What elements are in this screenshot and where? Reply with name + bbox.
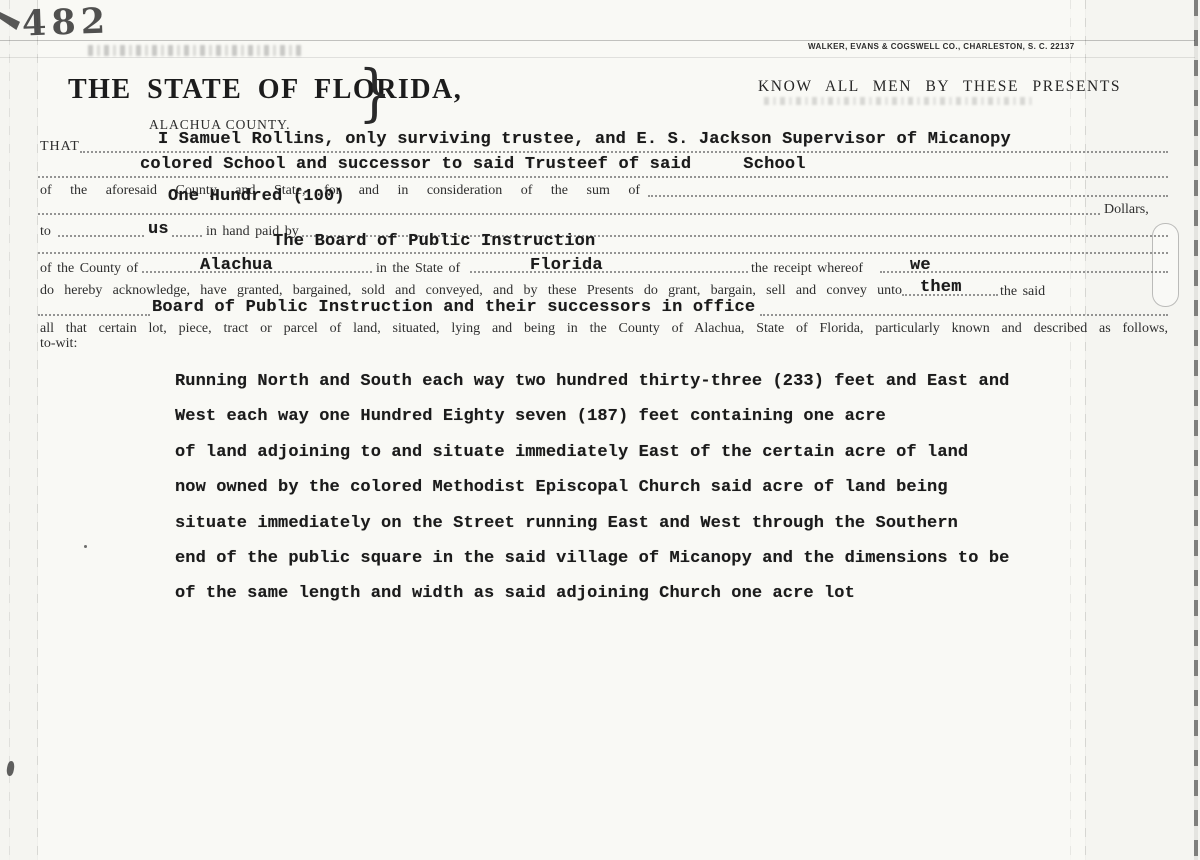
consideration-typed-value: One Hundred (100)	[168, 187, 345, 206]
dotted-rule	[470, 271, 748, 273]
legal-description-line: West each way one Hundred Eighty seven (…	[175, 407, 1009, 442]
right-margin-strip	[1085, 0, 1200, 860]
document-title: THE STATE OF FLORIDA,	[68, 74, 462, 106]
smudged-text-band	[88, 45, 303, 56]
to-label: to	[40, 224, 51, 240]
dotted-rule	[648, 195, 1168, 197]
paid-by-typed-value: The Board of Public Instruction	[273, 232, 595, 251]
towit-label: to-wit:	[40, 336, 77, 352]
smudged-text-band	[764, 97, 1036, 105]
dotted-rule	[760, 314, 1168, 316]
dotted-rule	[172, 235, 202, 237]
to-typed-value: us	[148, 220, 169, 239]
dotted-rule	[80, 151, 1168, 153]
county-of-label: of the County of	[40, 261, 138, 277]
right-rule-line	[1070, 0, 1071, 860]
legal-description: Running North and South each way two hun…	[175, 372, 1009, 620]
page-number: 482	[21, 0, 110, 44]
printer-mark: WALKER, EVANS & COGSWELL CO., CHARLESTON…	[808, 42, 1075, 51]
title-brace: }	[358, 62, 392, 124]
legal-description-line: Running North and South each way two hun…	[175, 372, 1009, 407]
legal-description-line: of land adjoining to and situate immedia…	[175, 443, 1009, 478]
grantor-typed-line-1: I Samuel Rollins, only surviving trustee…	[158, 130, 1011, 149]
dollars-label: Dollars,	[1104, 202, 1149, 218]
dotted-rule	[38, 176, 1168, 178]
unto-typed-value: them	[920, 278, 962, 297]
left-margin-strip	[0, 0, 38, 860]
the-said-label: the said	[1000, 284, 1045, 300]
state-typed-value: Florida	[530, 256, 603, 275]
grantee-typed-value: Board of Public Instruction and their su…	[152, 298, 755, 317]
dotted-rule	[38, 314, 150, 316]
county-typed-value: Alachua	[200, 256, 273, 275]
dotted-rule	[38, 252, 1168, 254]
receipt-typed-value: we	[910, 256, 931, 275]
legal-description-line: of the same length and width as said adj…	[175, 584, 1009, 619]
receipt-label: the receipt whereof	[751, 261, 863, 277]
dotted-rule	[38, 213, 1100, 215]
legal-description-line: end of the public square in the said vil…	[175, 549, 1009, 584]
scanned-deed-page: 482 WALKER, EVANS & COGSWELL CO., CHARLE…	[0, 0, 1200, 860]
page-edge-shadow	[1194, 0, 1198, 860]
grantor-typed-line-2: colored School and successor to said Tru…	[140, 155, 806, 174]
presents-heading: KNOW ALL MEN BY THESE PRESENTS	[758, 78, 1121, 96]
that-label: THAT	[40, 139, 80, 155]
description-intro: all that certain lot, piece, tract or pa…	[40, 321, 1168, 337]
legal-description-line: now owned by the colored Methodist Episc…	[175, 478, 1009, 513]
left-rule-line	[9, 0, 10, 860]
left-rule-line	[37, 0, 38, 860]
acknowledge-line: do hereby acknowledge, have granted, bar…	[40, 283, 902, 299]
dotted-rule	[58, 235, 144, 237]
top-rule-line	[0, 57, 1195, 58]
state-of-label: in the State of	[376, 261, 460, 277]
top-rule-line	[0, 40, 1195, 41]
right-rule-line	[1085, 0, 1086, 860]
ink-dot	[84, 545, 87, 548]
legal-description-line: situate immediately on the Street runnin…	[175, 514, 1009, 549]
